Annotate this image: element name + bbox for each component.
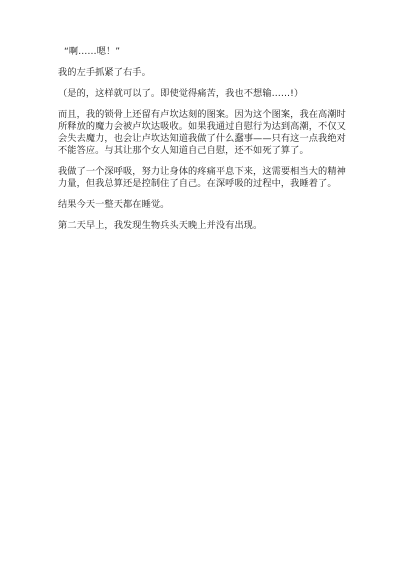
- document-page: “啊……嗯！” 我的左手抓紧了右手。 （是的，这样就可以了。即使觉得痛苦，我也不…: [58, 46, 348, 241]
- paragraph-6: 第二天早上，我发现生物兵头天晚上并没有出现。: [58, 220, 348, 232]
- paragraph-dialogue: “啊……嗯！”: [58, 46, 348, 58]
- paragraph-2: （是的，这样就可以了。即使觉得痛苦，我也不想输……!）: [58, 88, 348, 100]
- paragraph-1: 我的左手抓紧了右手。: [58, 67, 348, 79]
- paragraph-3: 而且，我的锁骨上还留有卢坎达刻的图案。因为这个图案，我在高潮时所释放的魔力会被卢…: [58, 109, 348, 157]
- paragraph-4: 我做了一个深呼吸，努力让身体的疼痛平息下来，这需要相当大的精神力量，但我总算还是…: [58, 166, 348, 190]
- paragraph-5: 结果今天一整天都在睡觉。: [58, 199, 348, 211]
